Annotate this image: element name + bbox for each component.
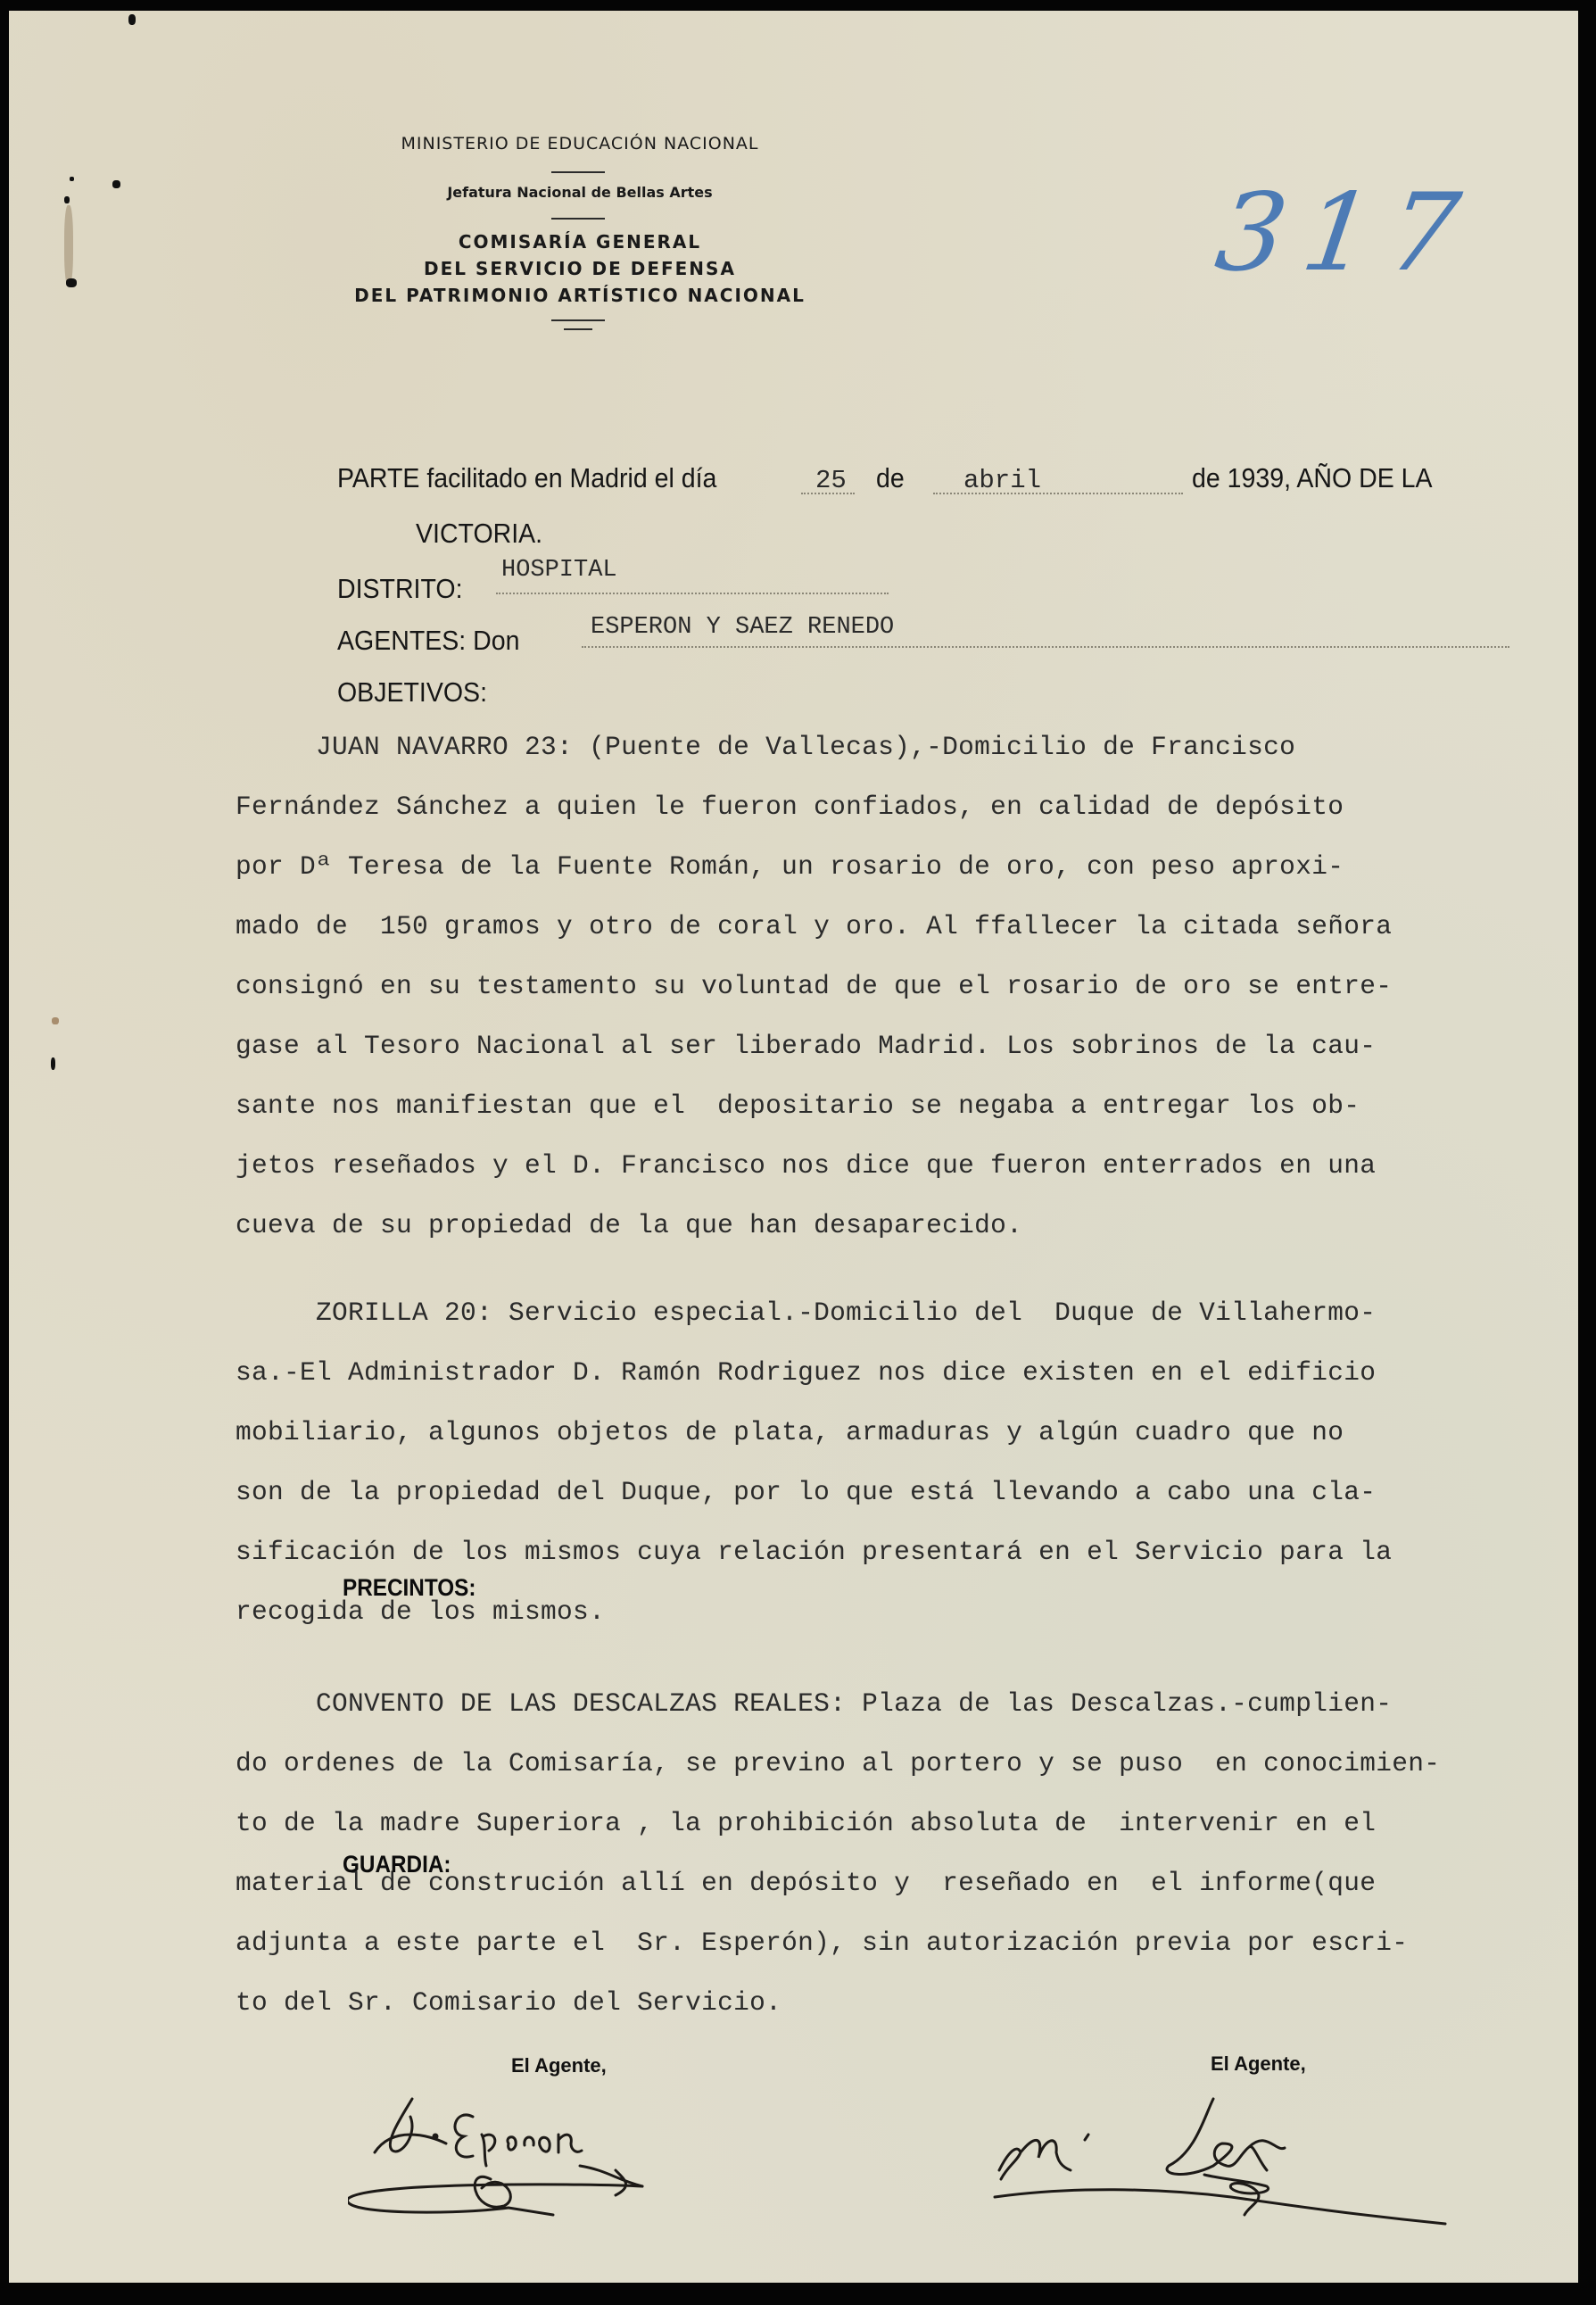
agentes-dotted-line [582,646,1509,648]
text-line: mado de 150 gramos y otro de coral y oro… [236,911,1392,941]
distrito-dotted-line [496,593,889,594]
left-agent-label: El Agente, [511,2054,607,2077]
text-line: consignó en su testamento su voluntad de… [236,971,1392,1001]
header-divider [551,171,605,173]
distrito-value: HOSPITAL [501,557,617,584]
agentes-value: ESPERON Y SAEZ RENEDO [591,614,894,641]
commission-block: COMISARÍA GENERAL DEL SERVICIO DE DEFENS… [330,228,830,309]
guardia-label: GUARDIA: [343,1851,451,1878]
speck-mark [70,177,74,181]
text-line: to del Sr. Comisario del Servicio. [236,1987,781,2018]
speck-mark [52,1017,59,1024]
ministry-title: MINISTERIO DE EDUCACIÓN NACIONAL [330,134,830,153]
speck-mark [51,1057,55,1070]
text-line: sa.-El Administrador D. Ramón Rodriguez … [236,1357,1376,1388]
speck-mark [66,278,77,287]
header-divider [564,328,592,330]
text-line: CONVENTO DE LAS DESCALZAS REALES: Plaza … [236,1688,1392,1719]
right-signature [981,2081,1534,2251]
text-line: Fernández Sánchez a quien le fueron conf… [236,792,1344,822]
text-line: to de la madre Superiora , la prohibició… [236,1808,1376,1838]
text-line: sante nos manifiestan que el depositario… [236,1090,1360,1121]
speck-mark [64,196,70,203]
objetivos-label: OBJETIVOS: [337,676,487,709]
text-line: sificación de los mismos cuya relación p… [236,1537,1392,1567]
speck-mark [112,180,120,188]
day-value: 25 [815,466,847,495]
text-line: do ordenes de la Comisaría, se previno a… [236,1748,1440,1778]
text-line: jetos reseñados y el D. Francisco nos di… [236,1150,1376,1181]
de-label: de [876,462,905,494]
letterhead: MINISTERIO DE EDUCACIÓN NACIONAL [330,134,830,153]
header-divider [551,218,605,220]
text-line: adjunta a este parte el Sr. Esperón), si… [236,1928,1408,1958]
department-block: Jefatura Nacional de Bellas Artes [330,184,830,201]
document-page: MINISTERIO DE EDUCACIÓN NACIONAL Jefatur… [9,11,1578,2283]
left-signature [348,2081,776,2233]
header-divider [551,319,605,321]
text-line: cueva de su propiedad de la que han desa… [236,1210,1022,1240]
commission-line-3: DEL PATRIMONIO ARTÍSTICO NACIONAL [330,282,830,309]
right-agent-label: El Agente, [1211,2052,1306,2076]
distrito-label: DISTRITO: [337,573,463,605]
parte-prefix: PARTE facilitado en Madrid el día [337,462,716,494]
text-line: JUAN NAVARRO 23: (Puente de Vallecas),-D… [236,732,1295,762]
commission-line-1: COMISARÍA GENERAL [330,228,830,255]
precintos-label: PRECINTOS: [343,1574,475,1602]
text-line: por Dª Teresa de la Fuente Román, un ros… [236,851,1344,882]
year-suffix: de 1939, AÑO DE LA [1192,462,1433,494]
department-title: Jefatura Nacional de Bellas Artes [330,184,830,201]
ink-stain [64,205,73,286]
month-value: abril [963,466,1041,495]
folio-number: 317 [1209,171,1484,295]
text-line: son de la propiedad del Duque, por lo qu… [236,1477,1376,1507]
text-line: gase al Tesoro Nacional al ser liberado … [236,1031,1376,1061]
victoria-label: VICTORIA. [416,518,542,550]
agentes-label: AGENTES: Don [337,625,519,657]
speck-mark [128,14,136,25]
commission-line-2: DEL SERVICIO DE DEFENSA [330,255,830,282]
text-line: mobiliario, algunos objetos de plata, ar… [236,1417,1344,1447]
text-line: ZORILLA 20: Servicio especial.-Domicilio… [236,1298,1376,1328]
